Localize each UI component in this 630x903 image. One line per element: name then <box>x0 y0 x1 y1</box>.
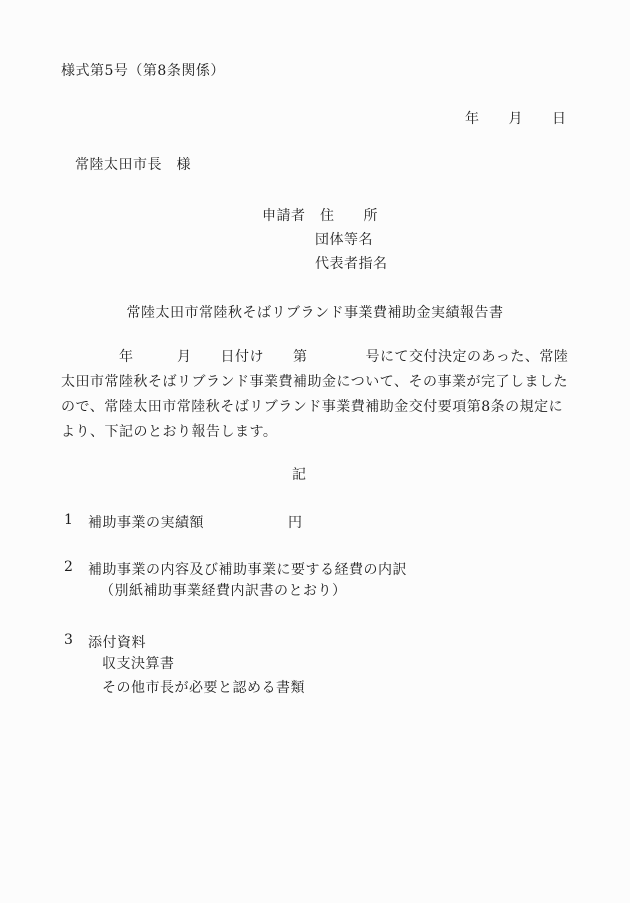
item-2-subline: （別紙補助事業経費内訳書のとおり） <box>100 583 347 599</box>
applicant-address-label: 申請者 住 所 <box>262 208 378 224</box>
body-paragraph: 年 月 日付け 第 号にて交付決定のあった、常陸 太田市常陸秋そばリブランド事業… <box>61 345 621 445</box>
form-number: 様式第5号（第8条関係） <box>61 63 225 79</box>
item-2-text: 補助事業の内容及び補助事業に要する経費の内訳 <box>88 559 407 579</box>
list-item-1: 1 補助事業の実績額 円 <box>0 512 630 532</box>
item-3-subline-1: 収支決算書 <box>102 656 175 672</box>
document-title: 常陸太田市常陸秋そばリブランド事業費補助金実績報告書 <box>0 302 630 322</box>
record-marker: 記 <box>292 467 307 483</box>
list-item-2: 2 補助事業の内容及び補助事業に要する経費の内訳 <box>0 559 630 579</box>
applicant-representative-label: 代表者指名 <box>315 256 388 272</box>
item-3-text: 添付資料 <box>88 632 146 652</box>
item-3-number: 3 <box>64 632 73 648</box>
addressee: 常陸太田市長 様 <box>75 157 191 173</box>
item-1-number: 1 <box>64 512 73 528</box>
date-blank-line: 年 月 日 <box>465 111 567 127</box>
item-1-text: 補助事業の実績額 <box>88 512 204 532</box>
document-page: 様式第5号（第8条関係） 年 月 日 常陸太田市長 様 申請者 住 所 団体等名… <box>0 0 630 903</box>
item-3-subline-2: その他市長が必要と認める書類 <box>102 680 305 696</box>
item-1-amount-unit: 円 <box>288 512 303 532</box>
list-item-3: 3 添付資料 <box>0 632 630 652</box>
applicant-organization-label: 団体等名 <box>315 232 373 248</box>
item-2-number: 2 <box>64 559 73 575</box>
